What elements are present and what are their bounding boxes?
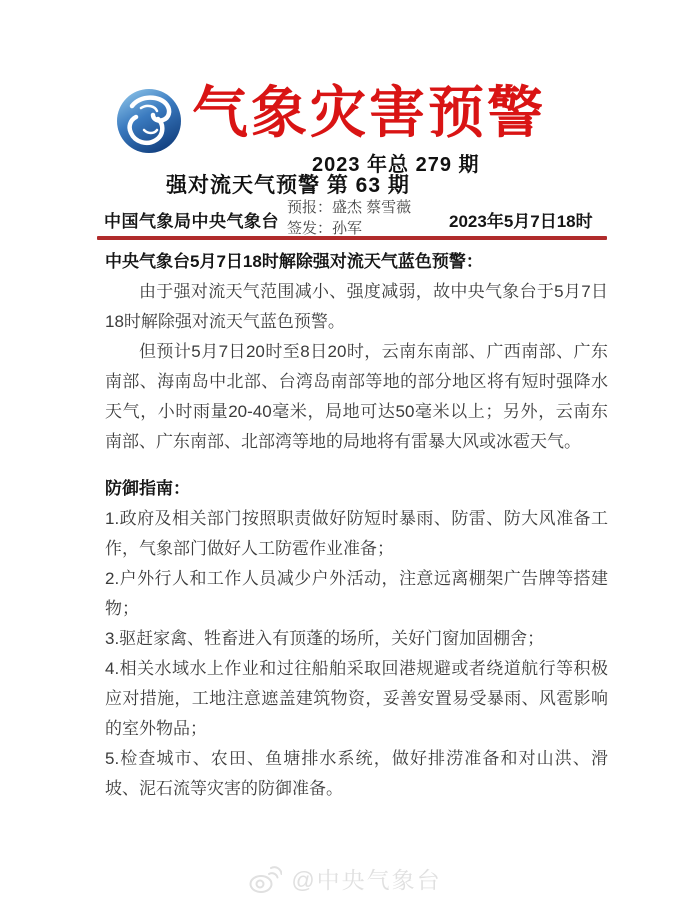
cma-weather-logo-icon [114, 86, 184, 156]
guide-item: 3.驱赶家禽、牲畜进入有顶蓬的场所，关好门窗加固棚舍； [105, 624, 608, 654]
forecaster-names: 盛杰 蔡雪薇 [332, 199, 411, 216]
body-paragraph: 但预计5月7日20时至8日20时，云南东南部、广西南部、广东南部、海南岛中北部、… [105, 337, 608, 457]
guide-item: 5.检查城市、农田、鱼塘排水系统，做好排涝准备和对山洪、滑坡、泥石流等灾害的防御… [105, 744, 608, 804]
defense-guide-heading: 防御指南： [105, 474, 608, 504]
document-body: 中央气象台5月7日18时解除强对流天气蓝色预警： 由于强对流天气范围减小、强度减… [105, 247, 608, 804]
body-paragraph: 由于强对流天气范围减小、强度减弱，故中央气象台于5月7日18时解除强对流天气蓝色… [105, 277, 608, 337]
issue-datetime: 2023年5月7日18时 [449, 207, 593, 232]
red-divider-line [97, 236, 607, 240]
watermark-text: @中央气象台 [291, 862, 441, 895]
forecaster-label: 预报： [287, 199, 332, 216]
guide-item: 4.相关水域水上作业和过往船舶采取回港规避或者绕道航行等积极应对措施，工地注意遮… [105, 654, 608, 744]
issuer-label: 签发： [287, 220, 332, 237]
announcement-heading: 中央气象台5月7日18时解除强对流天气蓝色预警： [105, 247, 608, 277]
signoff-block: 预报：盛杰 蔡雪薇 签发：孙军 [287, 197, 411, 239]
issue-number-line: 强对流天气预警 第 63 期 [166, 169, 410, 199]
guide-item: 1.政府及相关部门按照职责做好防短时暴雨、防雷、防大风准备工作，气象部门做好人工… [105, 504, 608, 564]
guide-item: 2.户外行人和工作人员减少户外活动，注意远离棚架广告牌等搭建物； [105, 564, 608, 624]
issuer-name: 孙军 [332, 220, 362, 237]
forecaster-line: 预报：盛杰 蔡雪薇 [287, 197, 411, 218]
weather-warning-document: 气象灾害预警 2023 年总 279 期 强对流天气预警 第 63 期 中国气象… [0, 0, 690, 907]
document-title: 气象灾害预警 [192, 82, 612, 146]
agency-name: 中国气象局中央气象台 [104, 207, 279, 232]
watermark: @中央气象台 [0, 862, 690, 895]
weibo-icon [248, 864, 282, 894]
